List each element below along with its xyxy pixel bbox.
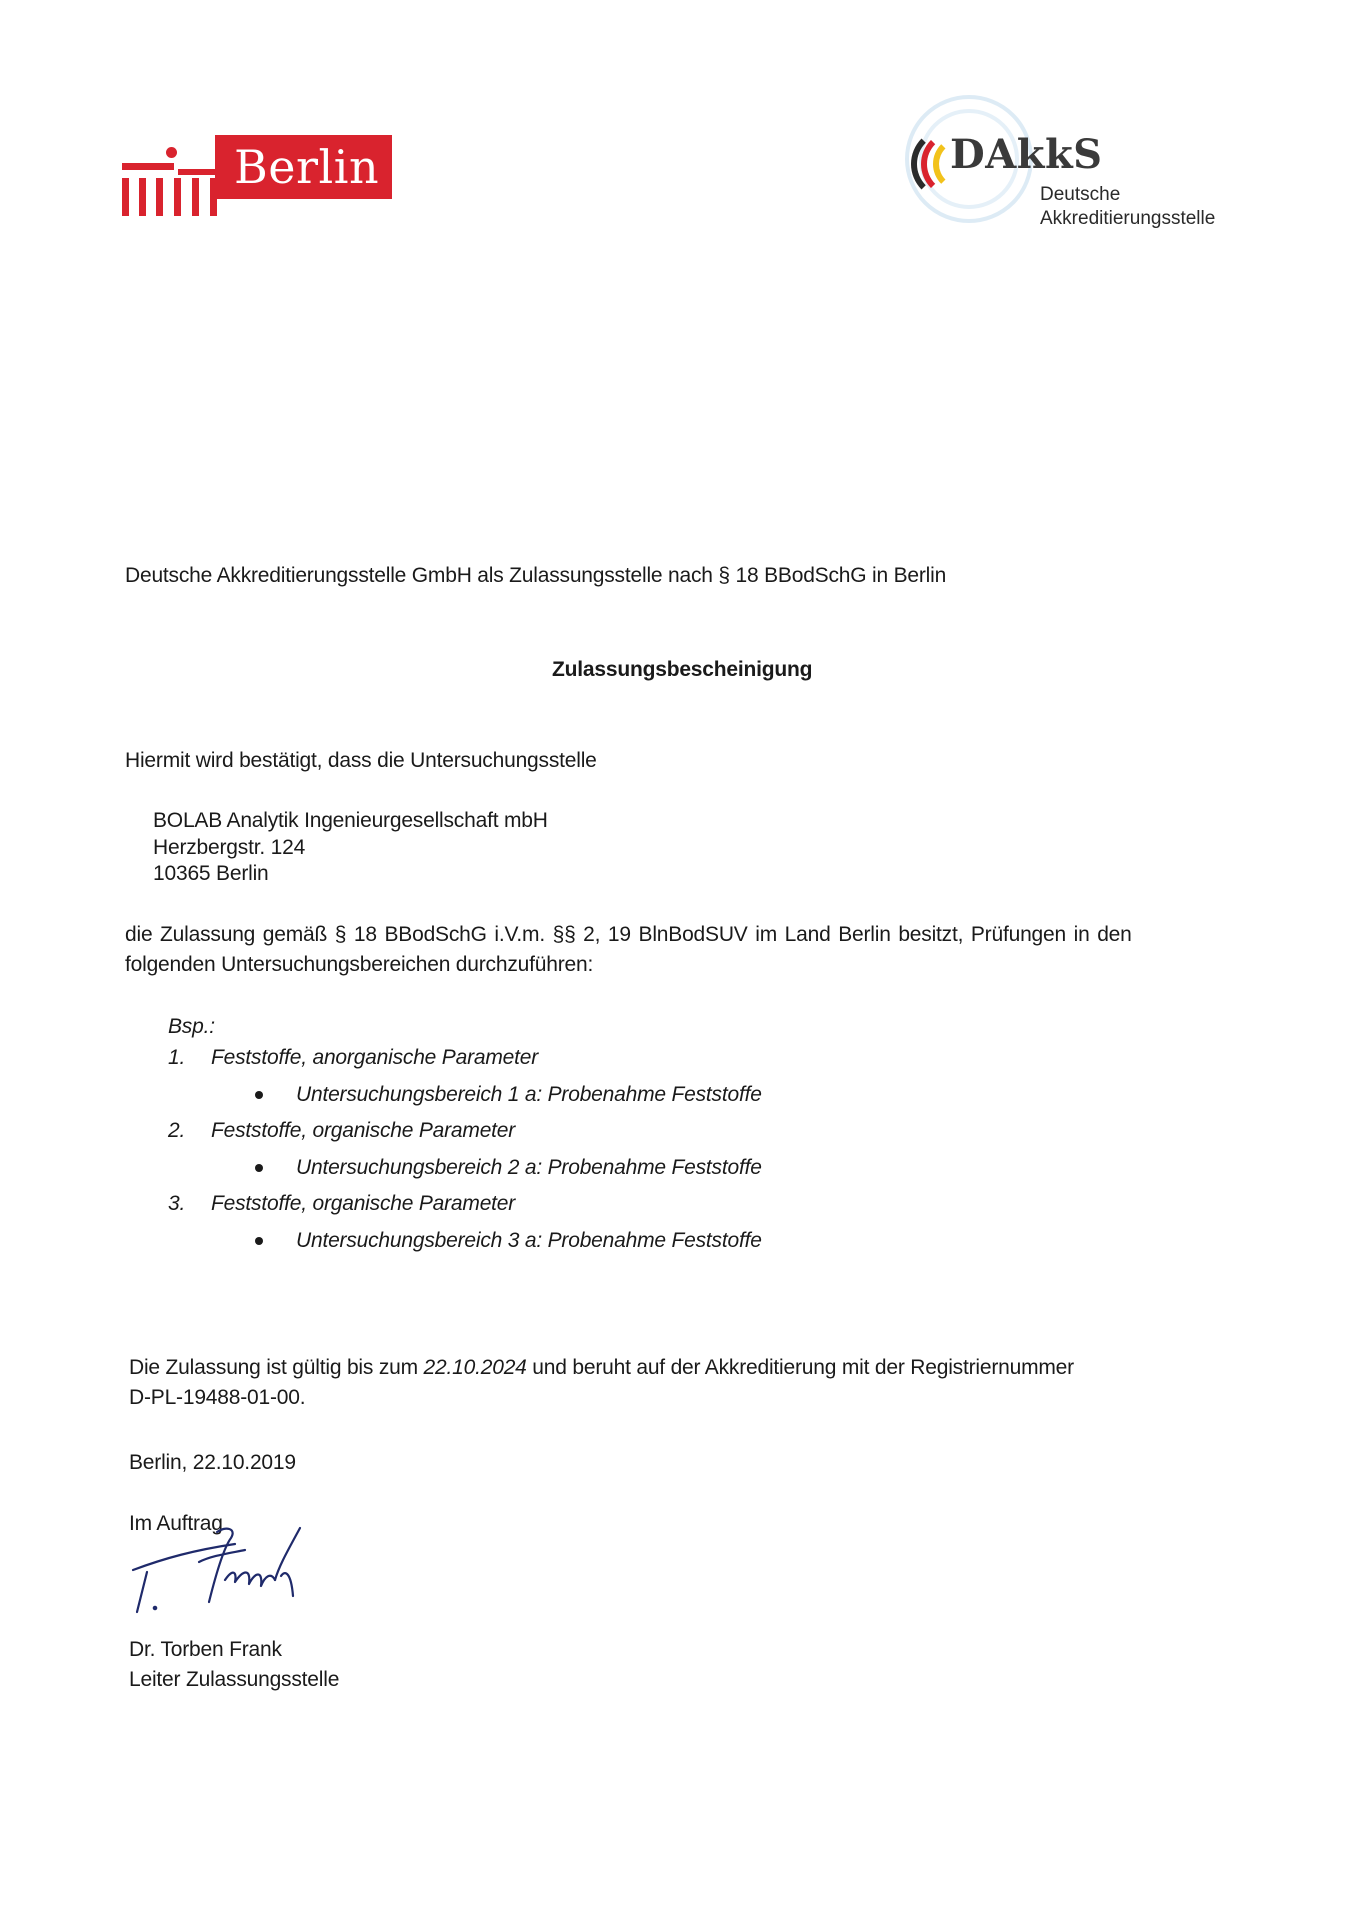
validity-prefix: Die Zulassung ist gültig bis zum bbox=[129, 1356, 418, 1379]
validity-suffix: und beruht auf der Akkreditierung mit de… bbox=[532, 1356, 1074, 1379]
berlin-logo-column bbox=[192, 178, 199, 216]
scope-subitem: Untersuchungsbereich 3 a: Probenahme Fes… bbox=[296, 1228, 762, 1254]
scope-item-label: Feststoffe, organische Parameter bbox=[211, 1191, 515, 1217]
document-title: Zulassungsbescheinigung bbox=[552, 657, 812, 683]
scope-subitem: Untersuchungsbereich 1 a: Probenahme Fes… bbox=[296, 1082, 762, 1108]
berlin-logo-text: Berlin bbox=[234, 139, 379, 195]
scope-line: folgenden Untersuchungsbereichen durchzu… bbox=[125, 952, 593, 978]
dakks-subline: Deutsche bbox=[1040, 183, 1120, 206]
registration-number: D-PL-19488-01-00. bbox=[129, 1385, 305, 1411]
bullet-icon bbox=[255, 1091, 263, 1099]
bullet-icon bbox=[255, 1164, 263, 1172]
berlin-logo-column bbox=[174, 178, 181, 216]
validity-date: 22.10.2024 bbox=[424, 1356, 527, 1379]
berlin-logo-bar bbox=[122, 163, 174, 170]
berlin-logo-bar bbox=[178, 169, 218, 175]
dakks-subline: Akkreditierungsstelle bbox=[1040, 207, 1215, 230]
berlin-logo-column bbox=[122, 178, 129, 216]
validity-line: Die Zulassung ist gültig bis zum 22.10.2… bbox=[129, 1355, 1074, 1381]
scope-item-label: Feststoffe, anorganische Parameter bbox=[211, 1045, 538, 1071]
dakks-wordmark: DAkkS bbox=[950, 132, 1103, 178]
scope-subitem: Untersuchungsbereich 2 a: Probenahme Fes… bbox=[296, 1155, 762, 1181]
berlin-logo-dot bbox=[166, 147, 177, 158]
signature-image bbox=[125, 1510, 365, 1630]
issuer-line: Deutsche Akkreditierungsstelle GmbH als … bbox=[125, 563, 946, 589]
lab-city: 10365 Berlin bbox=[153, 861, 269, 887]
scope-line: die Zulassung gemäß § 18 BBodSchG i.V.m.… bbox=[125, 922, 1132, 948]
berlin-logo: Berlin bbox=[122, 133, 392, 223]
scope-item-label: Feststoffe, organische Parameter bbox=[211, 1118, 515, 1144]
place-date: Berlin, 22.10.2019 bbox=[129, 1450, 296, 1476]
berlin-logo-column bbox=[156, 178, 163, 216]
scope-item-number: 2. bbox=[168, 1118, 185, 1144]
scope-list-label: Bsp.: bbox=[168, 1014, 215, 1040]
signatory-name: Dr. Torben Frank bbox=[129, 1637, 282, 1663]
berlin-logo-column bbox=[139, 178, 146, 216]
intro-text: Hiermit wird bestätigt, dass die Untersu… bbox=[125, 748, 597, 774]
scope-item-number: 1. bbox=[168, 1045, 185, 1071]
scope-item-number: 3. bbox=[168, 1191, 185, 1217]
lab-street: Herzbergstr. 124 bbox=[153, 835, 305, 861]
signatory-position: Leiter Zulassungsstelle bbox=[129, 1667, 339, 1693]
lab-name: BOLAB Analytik Ingenieurgesellschaft mbH bbox=[153, 808, 548, 834]
bullet-icon bbox=[255, 1237, 263, 1245]
dakks-logo: DAkkS Deutsche Akkreditierungsstelle bbox=[905, 90, 1245, 240]
